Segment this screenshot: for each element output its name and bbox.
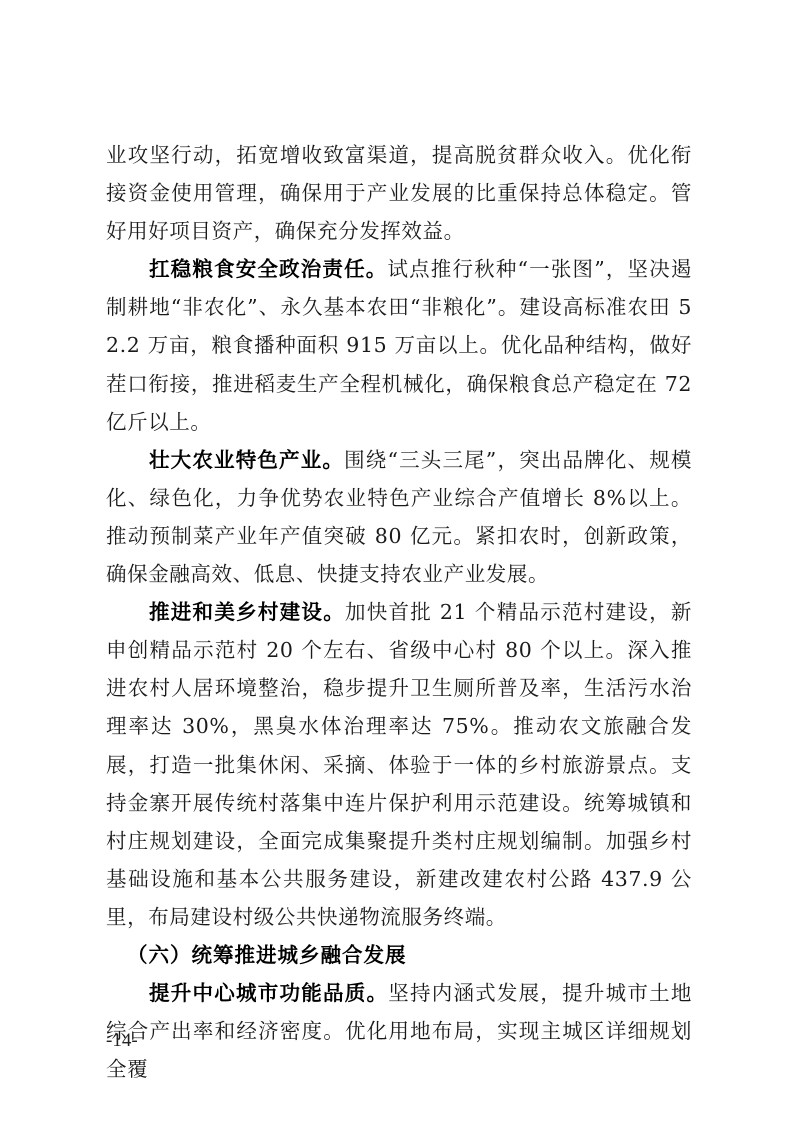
page-number: -14- (106, 1030, 138, 1052)
paragraph-body: 试点推行秋种“一张图”，坚决遏制耕地“非农化”、永久基本农田“非粮化”。建设高标… (106, 257, 692, 433)
paragraph-lead: 壮大农业特色产业。 (149, 448, 344, 472)
section-heading: （六）统筹推进城乡融合发展 (106, 936, 692, 974)
page-content: 业攻坚行动，拓宽增收致富渠道，提高脱贫群众收入。优化衔接资金使用管理，确保用于产… (106, 136, 692, 1088)
document-page: 业攻坚行动，拓宽增收致富渠道，提高脱贫群众收入。优化衔接资金使用管理，确保用于产… (0, 0, 793, 1122)
paragraph-lead: 提升中心城市功能品质。 (149, 981, 388, 1005)
paragraph-central-city: 提升中心城市功能品质。坚持内涵式发展，提升城市土地综合产出率和经济密度。优化用地… (106, 974, 692, 1088)
paragraph-specialty-agriculture: 壮大农业特色产业。围绕“三头三尾”，突出品牌化、规模化、绿色化，力争优势农业特色… (106, 441, 692, 593)
paragraph-lead: 推进和美乡村建设。 (149, 600, 345, 624)
paragraph-rural-construction: 推进和美乡村建设。加快首批 21 个精品示范村建设，新申创精品示范村 20 个左… (106, 593, 692, 936)
continuation-paragraph: 业攻坚行动，拓宽增收致富渠道，提高脱贫群众收入。优化衔接资金使用管理，确保用于产… (106, 136, 692, 250)
paragraph-body: 加快首批 21 个精品示范村建设，新申创精品示范村 20 个左右、省级中心村 8… (106, 600, 692, 929)
paragraph-grain-security: 扛稳粮食安全政治责任。试点推行秋种“一张图”，坚决遏制耕地“非农化”、永久基本农… (106, 250, 692, 440)
paragraph-lead: 扛稳粮食安全政治责任。 (149, 257, 387, 281)
